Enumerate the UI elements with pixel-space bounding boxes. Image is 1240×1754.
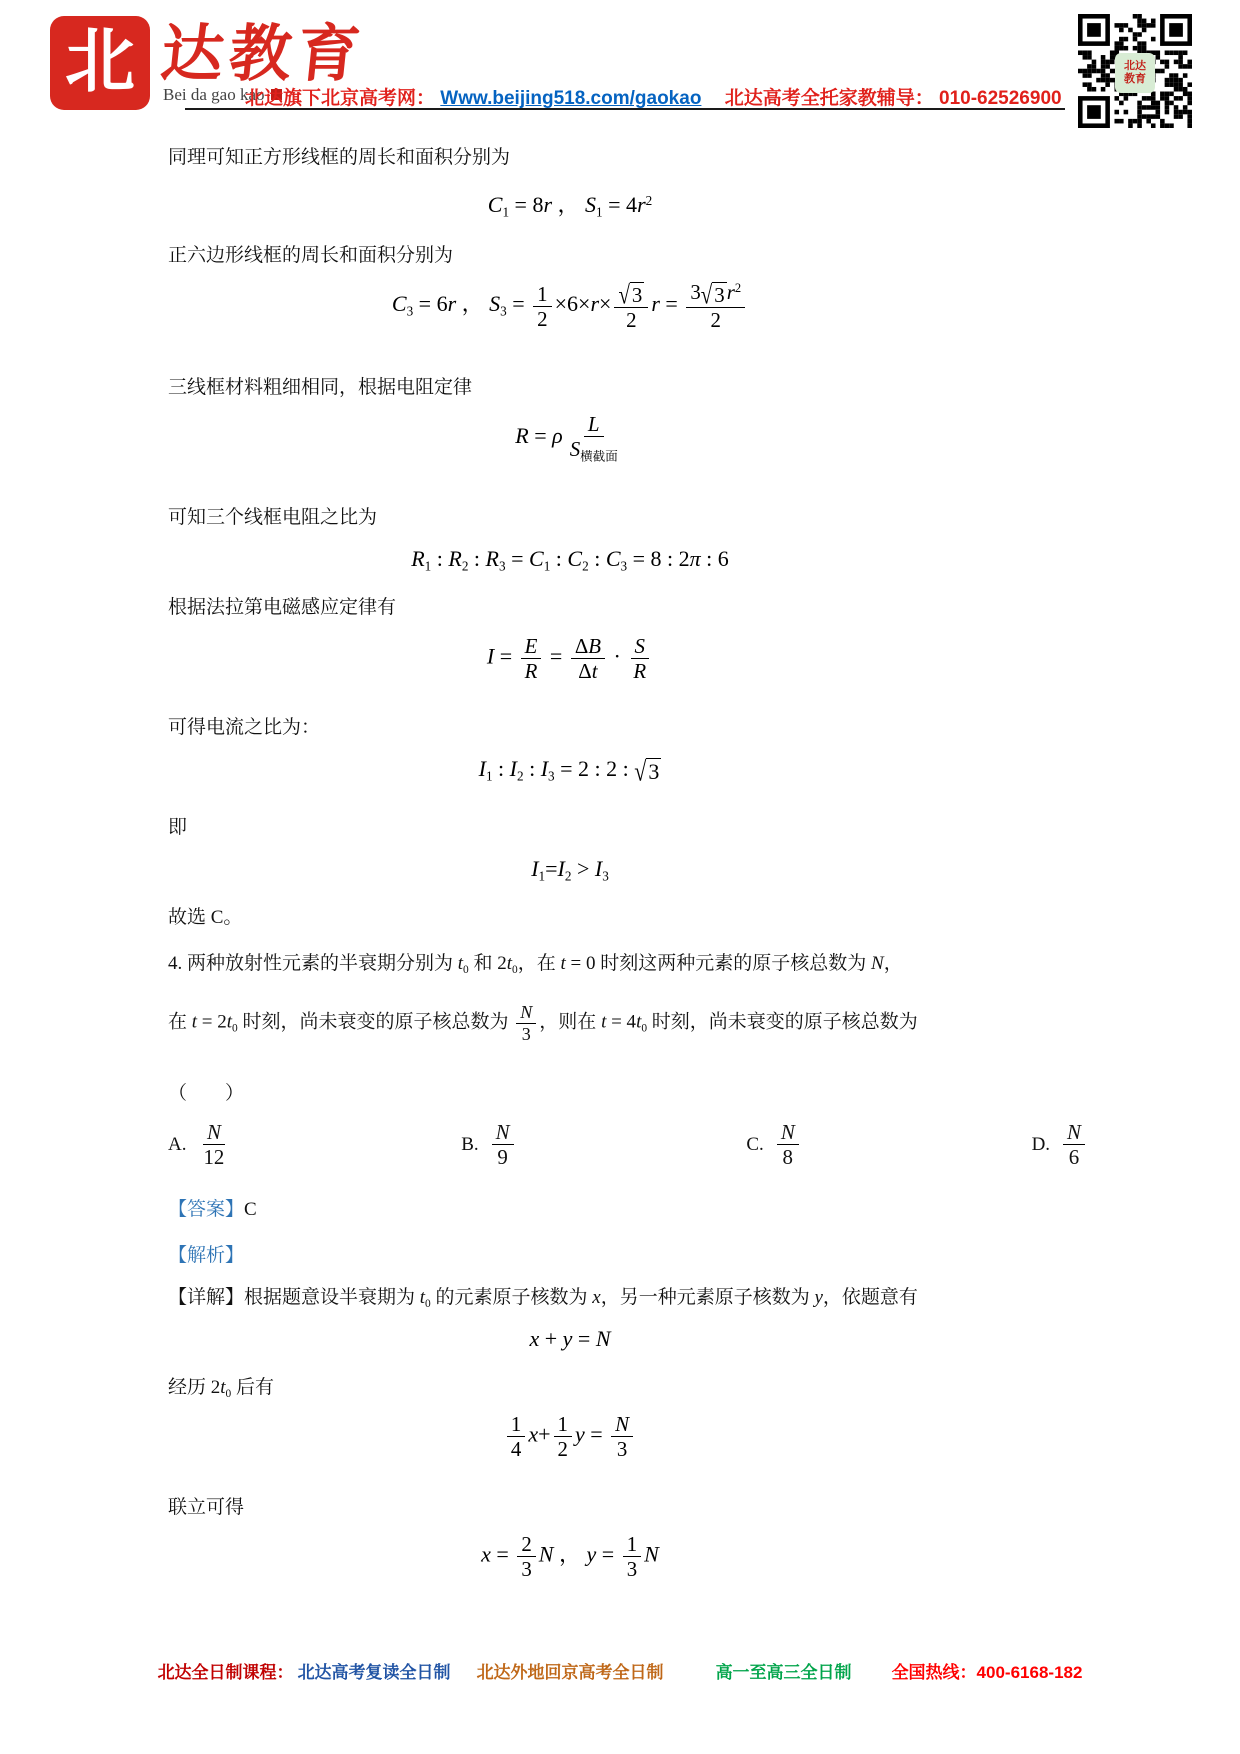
tutor-phone: 010-62526900 xyxy=(939,88,1062,109)
formula-x-plus-y: x + y = N xyxy=(140,1326,1000,1352)
option-c-value: N8 xyxy=(774,1120,802,1169)
logo-script-text: 达教育 xyxy=(157,4,370,93)
answer-line: 【答案】C xyxy=(168,1194,257,1221)
formula-c1-s1: C1 = 8r ， S1 = 4r2 xyxy=(140,188,1000,221)
qr-badge-line1: 北达 xyxy=(1124,60,1146,73)
footer-course-label: 北达全日制课程： xyxy=(158,1663,294,1682)
document-page: 北 达教育 Bei da gao kao 北达旗下北京高考网： Www.beij… xyxy=(0,0,1240,1754)
option-a-value: N12 xyxy=(196,1120,231,1169)
formula-current-compare: I1=I2 > I3 xyxy=(140,856,1000,885)
paragraph-hexagon: 正六边形线框的周长和面积分别为 xyxy=(168,240,453,267)
paragraph-choose-c: 故选 C。 xyxy=(168,902,242,929)
option-a: A. N12 xyxy=(168,1120,231,1169)
answer-tag: 【答案】 xyxy=(168,1199,244,1220)
logo-stamp-icon: 北 xyxy=(52,18,148,108)
paragraph-square-frame: 同理可知正方形线框的周长和面积分别为 xyxy=(168,142,510,169)
paragraph-after-2t0: 经历 2t0 后有 xyxy=(168,1372,274,1400)
logo-stamp-char: 北 xyxy=(65,28,135,98)
footer-course-3: 高一至高三全日制 xyxy=(716,1663,852,1682)
paragraph-faraday: 根据法拉第电磁感应定律有 xyxy=(168,592,396,619)
site-link[interactable]: Www.beijing518.com/gaokao xyxy=(440,88,701,109)
answer-value: C xyxy=(244,1199,257,1220)
option-d: D. N6 xyxy=(1032,1120,1088,1169)
formula-current: I = ER = ΔBΔt · SR xyxy=(140,634,1000,683)
paragraph-ji: 即 xyxy=(168,812,187,839)
formula-resistance-ratio: R1 : R2 : R3 = C1 : C2 : C3 = 8 : 2π : 6 xyxy=(140,546,1000,575)
question-4-line-1: 4. 两种放射性元素的半衰期分别为 t0 和 2t0，在 t = 0 时刻这两种… xyxy=(168,948,903,976)
footer-course-1: 北达高考复读全日制 xyxy=(298,1663,451,1682)
option-c: C. N8 xyxy=(746,1120,801,1169)
option-a-label: A. xyxy=(168,1134,186,1156)
header-divider xyxy=(185,108,1065,110)
paragraph-current-ratio: 可得电流之比为： xyxy=(168,712,320,739)
analysis-tag: 【解析】 xyxy=(168,1240,244,1267)
qr-code: 北达 教育 xyxy=(1078,14,1192,132)
option-d-label: D. xyxy=(1032,1134,1050,1156)
qr-center-badge: 北达 教育 xyxy=(1115,53,1155,93)
paragraph-resistance-ratio: 可知三个线框电阻之比为 xyxy=(168,502,377,529)
formula-result: x = 23N ， y = 13N xyxy=(140,1532,1000,1581)
footer-course-2: 北达外地回京高考全日制 xyxy=(477,1663,664,1682)
footer-hotline: 全国热线：400-6168-182 xyxy=(892,1663,1083,1682)
detail-paragraph: 【详解】根据题意设半衰期为 t0 的元素原子核数为 x，另一种元素原子核数为 y… xyxy=(168,1282,918,1310)
qr-badge-line2: 教育 xyxy=(1124,73,1146,86)
site-label: 北达旗下北京高考网： xyxy=(245,88,435,109)
formula-quarter-half: 14x+12y = N3 xyxy=(140,1412,1000,1461)
footer: 北达全日制课程：北达高考复读全日制北达外地回京高考全日制高一至高三全日制全国热线… xyxy=(0,1658,1240,1683)
formula-c3-s3: C3 = 6r ， S3 = 12×6×r×√32r = 3√3r22 xyxy=(140,280,1000,332)
option-b-label: B. xyxy=(461,1134,478,1156)
option-c-label: C. xyxy=(746,1134,763,1156)
option-b: B. N9 xyxy=(461,1120,516,1169)
header-info: 北达旗下北京高考网： Www.beijing518.com/gaokao 北达高… xyxy=(245,83,1062,110)
options-row: A. N12 B. N9 C. N8 D. N6 xyxy=(168,1120,1088,1169)
question-4-parens: （ ） xyxy=(168,1078,244,1105)
question-4-line-2: 在 t = 2t0 时刻，尚未衰变的原子核总数为 N3，则在 t = 4t0 时… xyxy=(168,1002,918,1045)
option-d-value: N6 xyxy=(1060,1120,1088,1169)
option-b-value: N9 xyxy=(489,1120,517,1169)
paragraph-resistance-law: 三线框材料粗细相同，根据电阻定律 xyxy=(168,372,472,399)
tutor-label: 北达高考全托家教辅导： xyxy=(725,88,934,109)
paragraph-combine: 联立可得 xyxy=(168,1492,244,1519)
formula-resistance: R = ρLS横截面 xyxy=(140,412,1000,464)
formula-current-ratio: I1 : I2 : I3 = 2 : 2 : √3 xyxy=(140,756,1000,785)
